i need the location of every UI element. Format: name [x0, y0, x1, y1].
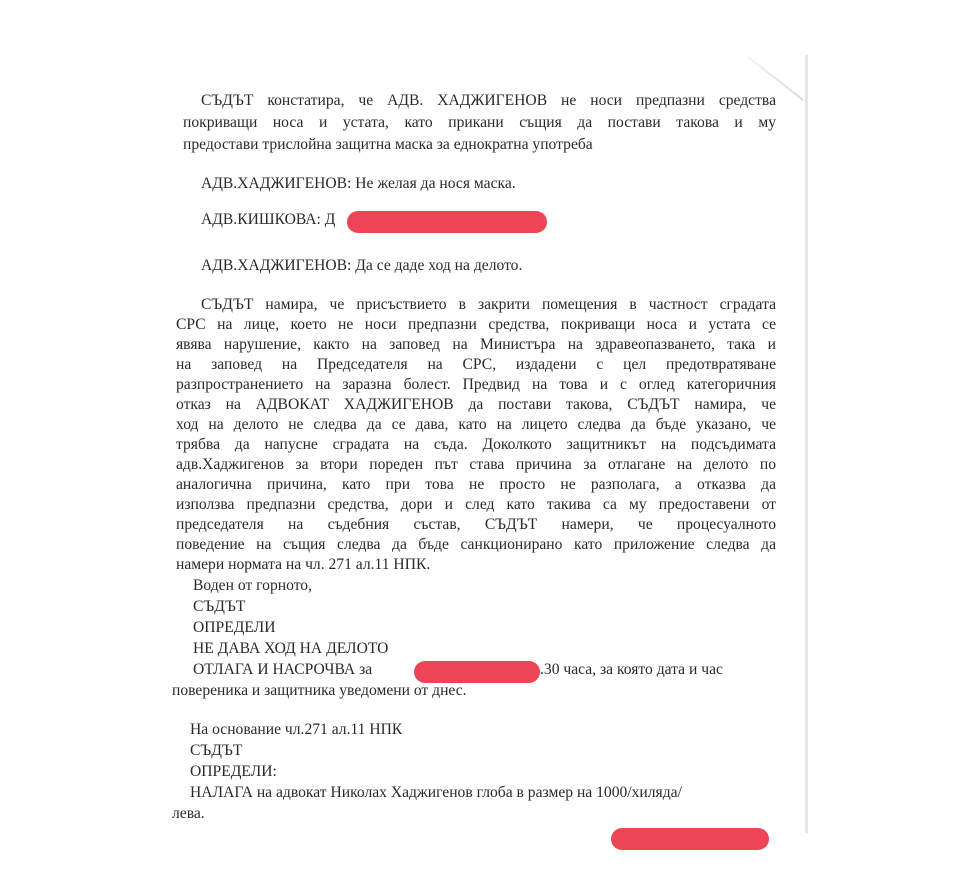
text-line: адв.Хаджигенов за втори пореден път став… — [176, 455, 776, 475]
ruling-fine-line: НАЛАГА на адвокат Николах Хаджигенов гло… — [190, 783, 682, 803]
speaker-name: АДВ.ХАДЖИГЕНОВ: — [201, 257, 351, 274]
text-line: намери нормата на чл. 271 ал.11 НПК. — [176, 555, 430, 575]
text-line: отказ на АДВОКАТ ХАДЖИГЕНОВ да постави т… — [176, 395, 776, 415]
speaker-text: Д — [325, 211, 336, 228]
ruling-fine-line: лева. — [172, 804, 205, 824]
dialogue-line: АДВ.ХАДЖИГЕНОВ: Да се даде ход на делото… — [201, 256, 522, 276]
text-line: ход на делото не следва да се дава, като… — [176, 415, 776, 435]
speaker-name: АДВ.ХАДЖИГЕНОВ: — [201, 175, 351, 192]
page-right-edge — [805, 55, 808, 833]
text-line: СЪДЪТ намира, че присъствието в закрити … — [201, 295, 776, 315]
redaction-mark — [347, 211, 547, 233]
ruling-order-no-proceed: НЕ ДАВА ХОД НА ДЕЛОТО — [193, 639, 388, 659]
text-line: трябва да напусне сградата на съда. Доко… — [176, 435, 776, 455]
text-line: явява нарушение, както на заповед на Мин… — [176, 335, 776, 355]
ruling-order-postpone-suffix: .30 часа, за която дата и час — [540, 660, 723, 680]
text-line: председателя на съдебния състав, СЪДЪТ н… — [176, 515, 776, 535]
dialogue-line: АДВ.ХАДЖИГЕНОВ: Не желая да нося маска. — [201, 174, 516, 194]
ruling-court: СЪДЪТ — [193, 597, 245, 617]
speaker-text: Да се даде ход на делото. — [355, 257, 522, 274]
ruling-court: СЪДЪТ — [190, 741, 242, 761]
text-line: предостави трислойна защитна маска за ед… — [183, 135, 593, 155]
text-line: използва предпазни средства, дори и след… — [176, 495, 776, 515]
ruling-order-postpone-cont: повереника и защитника уведомени от днес… — [172, 681, 467, 701]
ruling-intro: Воден от горното, — [193, 576, 312, 596]
speaker-text: Не желая да нося маска. — [355, 175, 515, 192]
text-line: СРС на лице, което не носи предпазни сре… — [176, 315, 776, 335]
redaction-mark — [414, 661, 540, 683]
text-line: поведение на същия следва да бъде санкци… — [176, 535, 776, 555]
text-line: СЪДЪТ констатира, че АДВ. ХАДЖИГЕНОВ не … — [201, 91, 776, 111]
ruling-decides: ОПРЕДЕЛИ: — [190, 762, 277, 782]
dialogue-line: АДВ.КИШКОВА: Д — [201, 210, 335, 230]
ruling-order-postpone-prefix: ОТЛАГА И НАСРОЧВА за — [193, 660, 372, 680]
signature-redaction-mark — [611, 828, 769, 850]
speaker-name: АДВ.КИШКОВА: — [201, 211, 321, 228]
ruling-basis: На основание чл.271 ал.11 НПК — [190, 720, 402, 740]
text-line: на заповед на Председателя на СРС, издад… — [176, 355, 776, 375]
text-line: аналогична причина, като при това не про… — [176, 475, 776, 495]
text-line: покриващи носа и устата, като прикани съ… — [183, 113, 776, 133]
text-line: разпространението на заразна болест. Пре… — [176, 375, 776, 395]
ruling-decides: ОПРЕДЕЛИ — [193, 618, 276, 638]
